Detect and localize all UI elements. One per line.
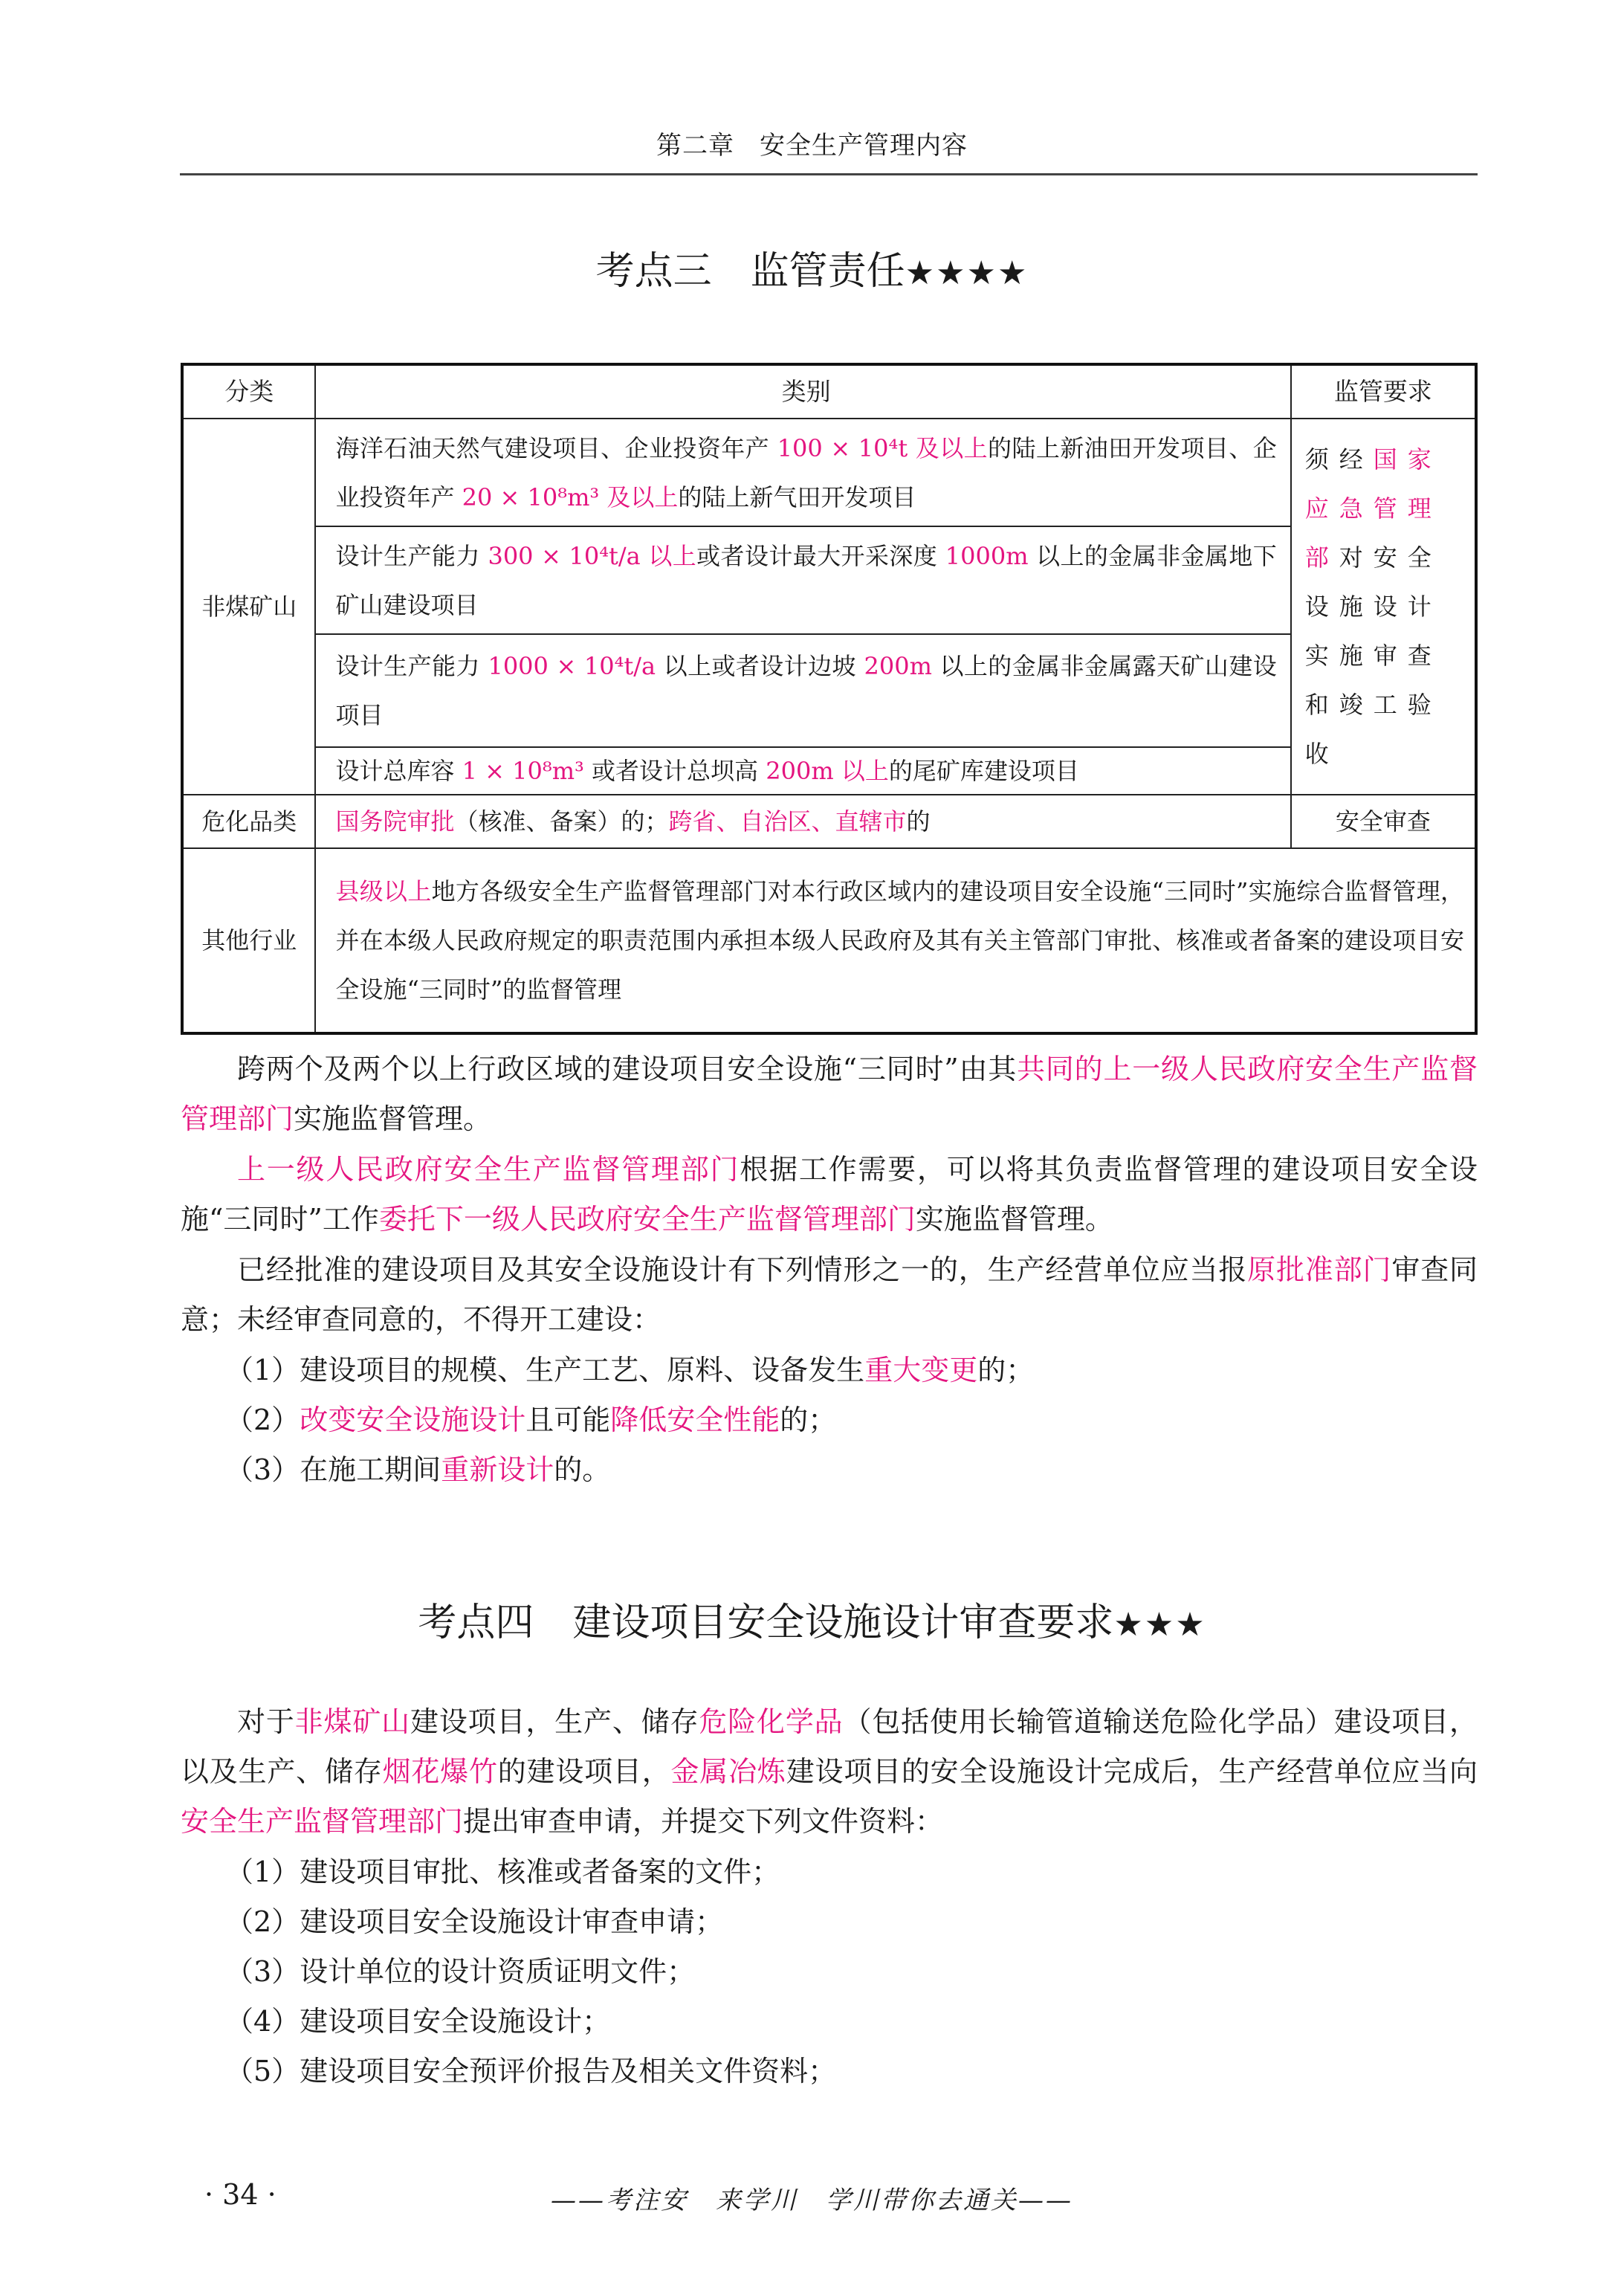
chapter-number: 第二章 [656,131,734,161]
text: 的建设项目， [498,1755,671,1788]
type-cell: 设计总库容 1 × 10⁸m³ 或者设计总坝高 200m 以上的尾矿库建设项目 [315,747,1290,795]
highlighted-text: 委托下一级人民政府安全生产监督管理部门 [379,1203,916,1236]
highlighted-text: 重新设计 [441,1453,554,1486]
text: 地方各级安全生产监督管理部门对本行政区域内的建设项目安全设施“三同时”实施综合监… [335,877,1464,1004]
text: （3）在施工期间 [225,1453,441,1486]
highlighted-text: 安全生产监督管理部门 [181,1805,463,1838]
text: 已经批准的建设项目及其安全设施设计有下列情形之一的，生产经营单位应当报 [237,1253,1247,1286]
section-number: 考点三 [596,249,712,294]
highlighted-text: 县级以上 [335,877,431,905]
text: 的 [907,807,931,836]
list-item: （1）建设项目的规模、生产工艺、原料、设备发生重大变更的； [181,1346,1522,1395]
col-header-type: 类别 [315,364,1290,419]
highlighted-text: 200m 以上 [766,757,889,785]
category-cell: 其他行业 [182,848,315,1033]
text: 对安全设施设计实施审查和竣工验收 [1305,543,1442,768]
table-row: 设计总库容 1 × 10⁸m³ 或者设计总坝高 200m 以上的尾矿库建设项目 [182,747,1476,795]
section-number: 考点四 [418,1601,534,1645]
text: 的尾矿库建设项目 [889,757,1079,785]
paragraph: 上一级人民政府安全生产监督管理部门根据工作需要，可以将其负责监督管理的建设项目安… [181,1145,1478,1244]
paragraph: 已经批准的建设项目及其安全设施设计有下列情形之一的，生产经营单位应当报原批准部门… [181,1245,1478,1345]
highlighted-text: 降低安全性能 [610,1404,780,1436]
text: 跨两个及两个以上行政区域的建设项目安全设施“三同时”由其 [237,1053,1017,1085]
paragraph: 跨两个及两个以上行政区域的建设项目安全设施“三同时”由其共同的上一级人民政府安全… [181,1044,1478,1144]
highlighted-text: 非煤矿山 [295,1705,410,1738]
category-cell: 非煤矿山 [182,419,315,795]
list-item: （3）在施工期间重新设计的。 [181,1445,1522,1495]
text: 设计生产能力 [335,542,488,570]
highlighted-text: 改变安全设施设计 [300,1404,525,1436]
highlighted-text: 重大变更 [864,1354,977,1386]
highlighted-text: 国务院审批 [335,807,454,836]
table-row: 危化品类 国务院审批（核准、备案）的；跨省、自治区、直辖市的 安全审查 [182,795,1476,848]
table-header-row: 分类 类别 监管要求 [182,364,1476,419]
text: 或者设计总坝高 [584,757,766,785]
text: 须经 [1305,445,1374,474]
text: 实施监督管理。 [294,1102,491,1135]
section-title-4: 考点四建设项目安全设施设计审查要求★★★ [0,1591,1624,1647]
section-title-3: 考点三监管责任★★★★ [0,239,1624,295]
table-row: 设计生产能力 300 × 10⁴t/a 以上或者设计最大开采深度 1000m 以… [182,526,1476,634]
type-cell: 设计生产能力 1000 × 10⁴t/a 以上或者设计边坡 200m 以上的金属… [315,634,1290,747]
list-item: （3）设计单位的设计资质证明文件； [181,1947,1522,1997]
text: 的； [780,1404,836,1436]
col-header-category: 分类 [182,364,315,419]
highlighted-text: 20 × 10⁸m³ 及以上 [462,483,679,511]
text: 的； [977,1354,1034,1386]
star-rating-icon: ★★★★ [905,254,1029,292]
supervision-table: 分类 类别 监管要求 非煤矿山 海洋石油天然气建设项目、企业投资年产 100 ×… [181,363,1478,1035]
table-row: 设计生产能力 1000 × 10⁴t/a 以上或者设计边坡 200m 以上的金属… [182,634,1476,747]
highlighted-text: 1 × 10⁸m³ [462,757,584,785]
highlighted-text: 危险化学品 [699,1705,843,1738]
table-row: 其他行业 县级以上地方各级安全生产监督管理部门对本行政区域内的建设项目安全设施“… [182,848,1476,1033]
text: 且可能 [525,1404,610,1436]
text: 对于 [237,1705,295,1738]
highlighted-text: 上一级人民政府安全生产监督管理部门 [237,1153,740,1186]
footer-slogan: ——考注安 来学川 学川带你去通关—— [0,2180,1624,2216]
text: 建设项目的安全设施设计完成后，生产经营单位应当向 [786,1755,1478,1788]
paragraph: 对于非煤矿山建设项目，生产、储存危险化学品（包括使用长输管道输送危险化学品）建设… [181,1697,1478,1847]
text: 海洋石油天然气建设项目、企业投资年产 [335,434,777,462]
text: 设计生产能力 [335,652,488,680]
highlighted-text: 1000m [945,542,1029,570]
highlighted-text: 300 × 10⁴t/a 以上 [488,542,696,570]
col-header-requirement: 监管要求 [1291,364,1476,419]
text: 或者设计最大开采深度 [696,542,945,570]
list-item: （2）改变安全设施设计且可能降低安全性能的； [181,1395,1522,1445]
running-head: 第二章安全生产管理内容 [0,125,1624,161]
text: （1）建设项目的规模、生产工艺、原料、设备发生 [225,1354,864,1386]
highlighted-text: 1000 × 10⁴t/a [488,652,656,680]
type-cell: 国务院审批（核准、备案）的；跨省、自治区、直辖市的 [315,795,1290,848]
highlighted-text: 100 × 10⁴t 及以上 [777,434,988,462]
type-cell: 设计生产能力 300 × 10⁴t/a 以上或者设计最大开采深度 1000m 以… [315,526,1290,634]
text: 设计总库容 [335,757,462,785]
text: 提出审查申请，并提交下列文件资料： [463,1805,943,1838]
list-item: （4）建设项目安全设施设计； [181,1997,1522,2047]
list-item: （5）建设项目安全预评价报告及相关文件资料； [181,2047,1522,2096]
requirement-cell: 安全审查 [1291,795,1476,848]
text: 的陆上新气田开发项目 [678,483,916,511]
section-heading: 监管责任 [751,249,905,294]
highlighted-text: 跨省、自治区、直辖市 [668,807,906,836]
chapter-title: 安全生产管理内容 [760,131,968,161]
highlighted-text: 200m [864,652,932,680]
requirement-cell: 须经国家应急管理部对安全设施设计实施审查和竣工验收 [1291,419,1476,795]
star-rating-icon: ★★★ [1113,1606,1206,1644]
type-cell: 县级以上地方各级安全生产监督管理部门对本行政区域内的建设项目安全设施“三同时”实… [315,848,1476,1033]
highlighted-text: 烟花爆竹 [383,1755,498,1788]
header-rule [180,173,1478,175]
section-heading: 建设项目安全设施设计审查要求 [572,1601,1113,1645]
highlighted-text: 原批准部门 [1247,1253,1391,1286]
table-row: 非煤矿山 海洋石油天然气建设项目、企业投资年产 100 × 10⁴t 及以上的陆… [182,419,1476,526]
text: （2） [225,1404,300,1436]
text: 建设项目，生产、储存 [410,1705,699,1738]
text: 的。 [554,1453,610,1486]
type-cell: 海洋石油天然气建设项目、企业投资年产 100 × 10⁴t 及以上的陆上新油田开… [315,419,1290,526]
text: （核准、备案）的； [454,807,668,836]
category-cell: 危化品类 [182,795,315,848]
text: 以上或者设计边坡 [656,652,864,680]
highlighted-text: 金属冶炼 [671,1755,786,1788]
list-item: （2）建设项目安全设施设计审查申请； [181,1897,1522,1947]
text: 实施监督管理。 [916,1203,1113,1236]
list-item: （1）建设项目审批、核准或者备案的文件； [181,1847,1522,1897]
